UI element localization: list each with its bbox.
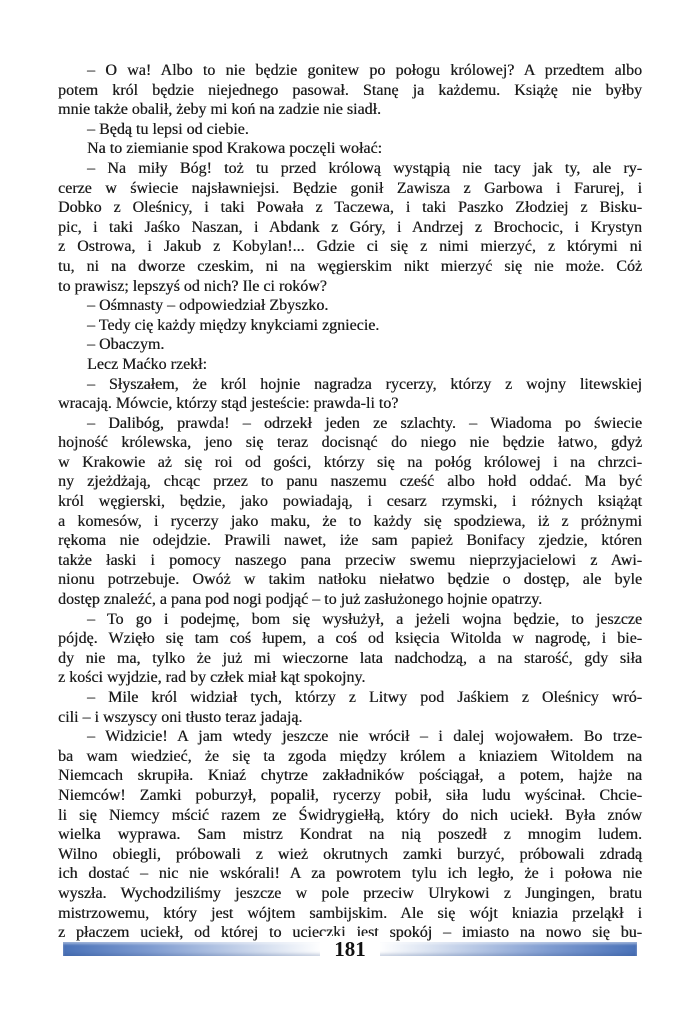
text-line: – Widzicie! A jam wtedy jeszcze nie wróc… [58,727,642,747]
text-line: to prawisz; lepszyś od nich? Ile ci rokó… [58,277,642,297]
text-line: mnie także obalił, żeby mi koń na zadzie… [58,100,642,120]
text-line: także łaski i pomocy naszego pana przeci… [58,551,642,571]
text-line: w Krakowie aż się roi od gości, którzy s… [58,453,642,473]
text-line: li się Niemcy mścić razem ze Świdrygiełł… [58,806,642,826]
text-line: nionu potrzebuje. Owóż w takim natłoku n… [58,570,642,590]
text-line: wracają. Mówcie, którzy stąd jesteście: … [58,394,642,414]
text-line: a komesów, i rycerzy jako maku, że to ka… [58,512,642,532]
text-line: ich dostać – nic nie wskórali! A za powr… [58,864,642,884]
text-line: – Tedy cię każdy między knykciami zgniec… [58,316,642,336]
page-number: 181 [320,936,380,962]
text-line: Wilno obiegli, próbowali z wież okrutnyc… [58,845,642,865]
text-line: ny zjeżdżają, chcąc przez to panu naszem… [58,472,642,492]
text-line: Na to ziemianie spod Krakowa poczęli woł… [58,139,642,159]
text-line: Niemców! Zamki poburzył, popalił, rycerz… [58,786,642,806]
text-line: Lecz Maćko rzekł: [58,355,642,375]
text-line: tu, ni na dworze czeskim, ni na węgiersk… [58,257,642,277]
text-line: – Dalibóg, prawda! – odrzekł jeden ze sz… [58,414,642,434]
text-line: ba wam wiedzieć, że się ta zgoda między … [58,747,642,767]
text-line: Dobko z Oleśnicy, i taki Powała z Taczew… [58,198,642,218]
text-line: potem król będzie niejednego pasował. St… [58,81,642,101]
text-line: rękoma nie odejdzie. Prawili nawet, iże … [58,531,642,551]
text-line: Niemcach skrupiła. Kniaź chytrze zakładn… [58,766,642,786]
text-line: pic, i taki Jaśko Naszan, i Abdank z Gór… [58,218,642,238]
text-line: – Ośmnasty – odpowiedział Zbyszko. [58,296,642,316]
page-number-container: 181 [0,936,700,962]
book-page: – O wa! Albo to nie będzie gonitew po po… [0,0,700,1018]
text-line: – Mile król widział tych, którzy z Litwy… [58,688,642,708]
text-line: król węgierski, będzie, jako powiadają, … [58,492,642,512]
text-line: z Ostrowa, i Jakub z Kobylan!... Gdzie c… [58,237,642,257]
text-line: mistrzowemu, który jest wójtem sambijski… [58,904,642,924]
text-line: z kości wyjdzie, rad by człek miał kąt s… [58,668,642,688]
text-line: cili – i wszyscy oni tłusto teraz jadają… [58,708,642,728]
text-line: – Słyszałem, że król hojnie nagradza ryc… [58,375,642,395]
text-line: wyszła. Wychodziliśmy jeszcze w pole prz… [58,884,642,904]
text-line: dostęp znaleźć, a pana pod nogi podjąć –… [58,590,642,610]
text-line: dy nie ma, tylko że już mi wieczorne lat… [58,649,642,669]
page-text-column: – O wa! Albo to nie będzie gonitew po po… [58,61,642,943]
text-line: cerze w świecie najsławniejsi. Będzie go… [58,179,642,199]
text-line: wielka wyprawa. Sam mistrz Kondrat na ni… [58,825,642,845]
text-line: hojność królewska, jeno się teraz docisn… [58,433,642,453]
text-line: – To go i podejmę, bom się wysłużył, a j… [58,610,642,630]
text-line: – O wa! Albo to nie będzie gonitew po po… [58,61,642,81]
text-line: – Na miły Bóg! toż tu przed królową wyst… [58,159,642,179]
text-line: – Obaczym. [58,335,642,355]
text-line: – Będą tu lepsi od ciebie. [58,120,642,140]
text-line: pójdę. Wzięło się tam coś łupem, a coś o… [58,629,642,649]
